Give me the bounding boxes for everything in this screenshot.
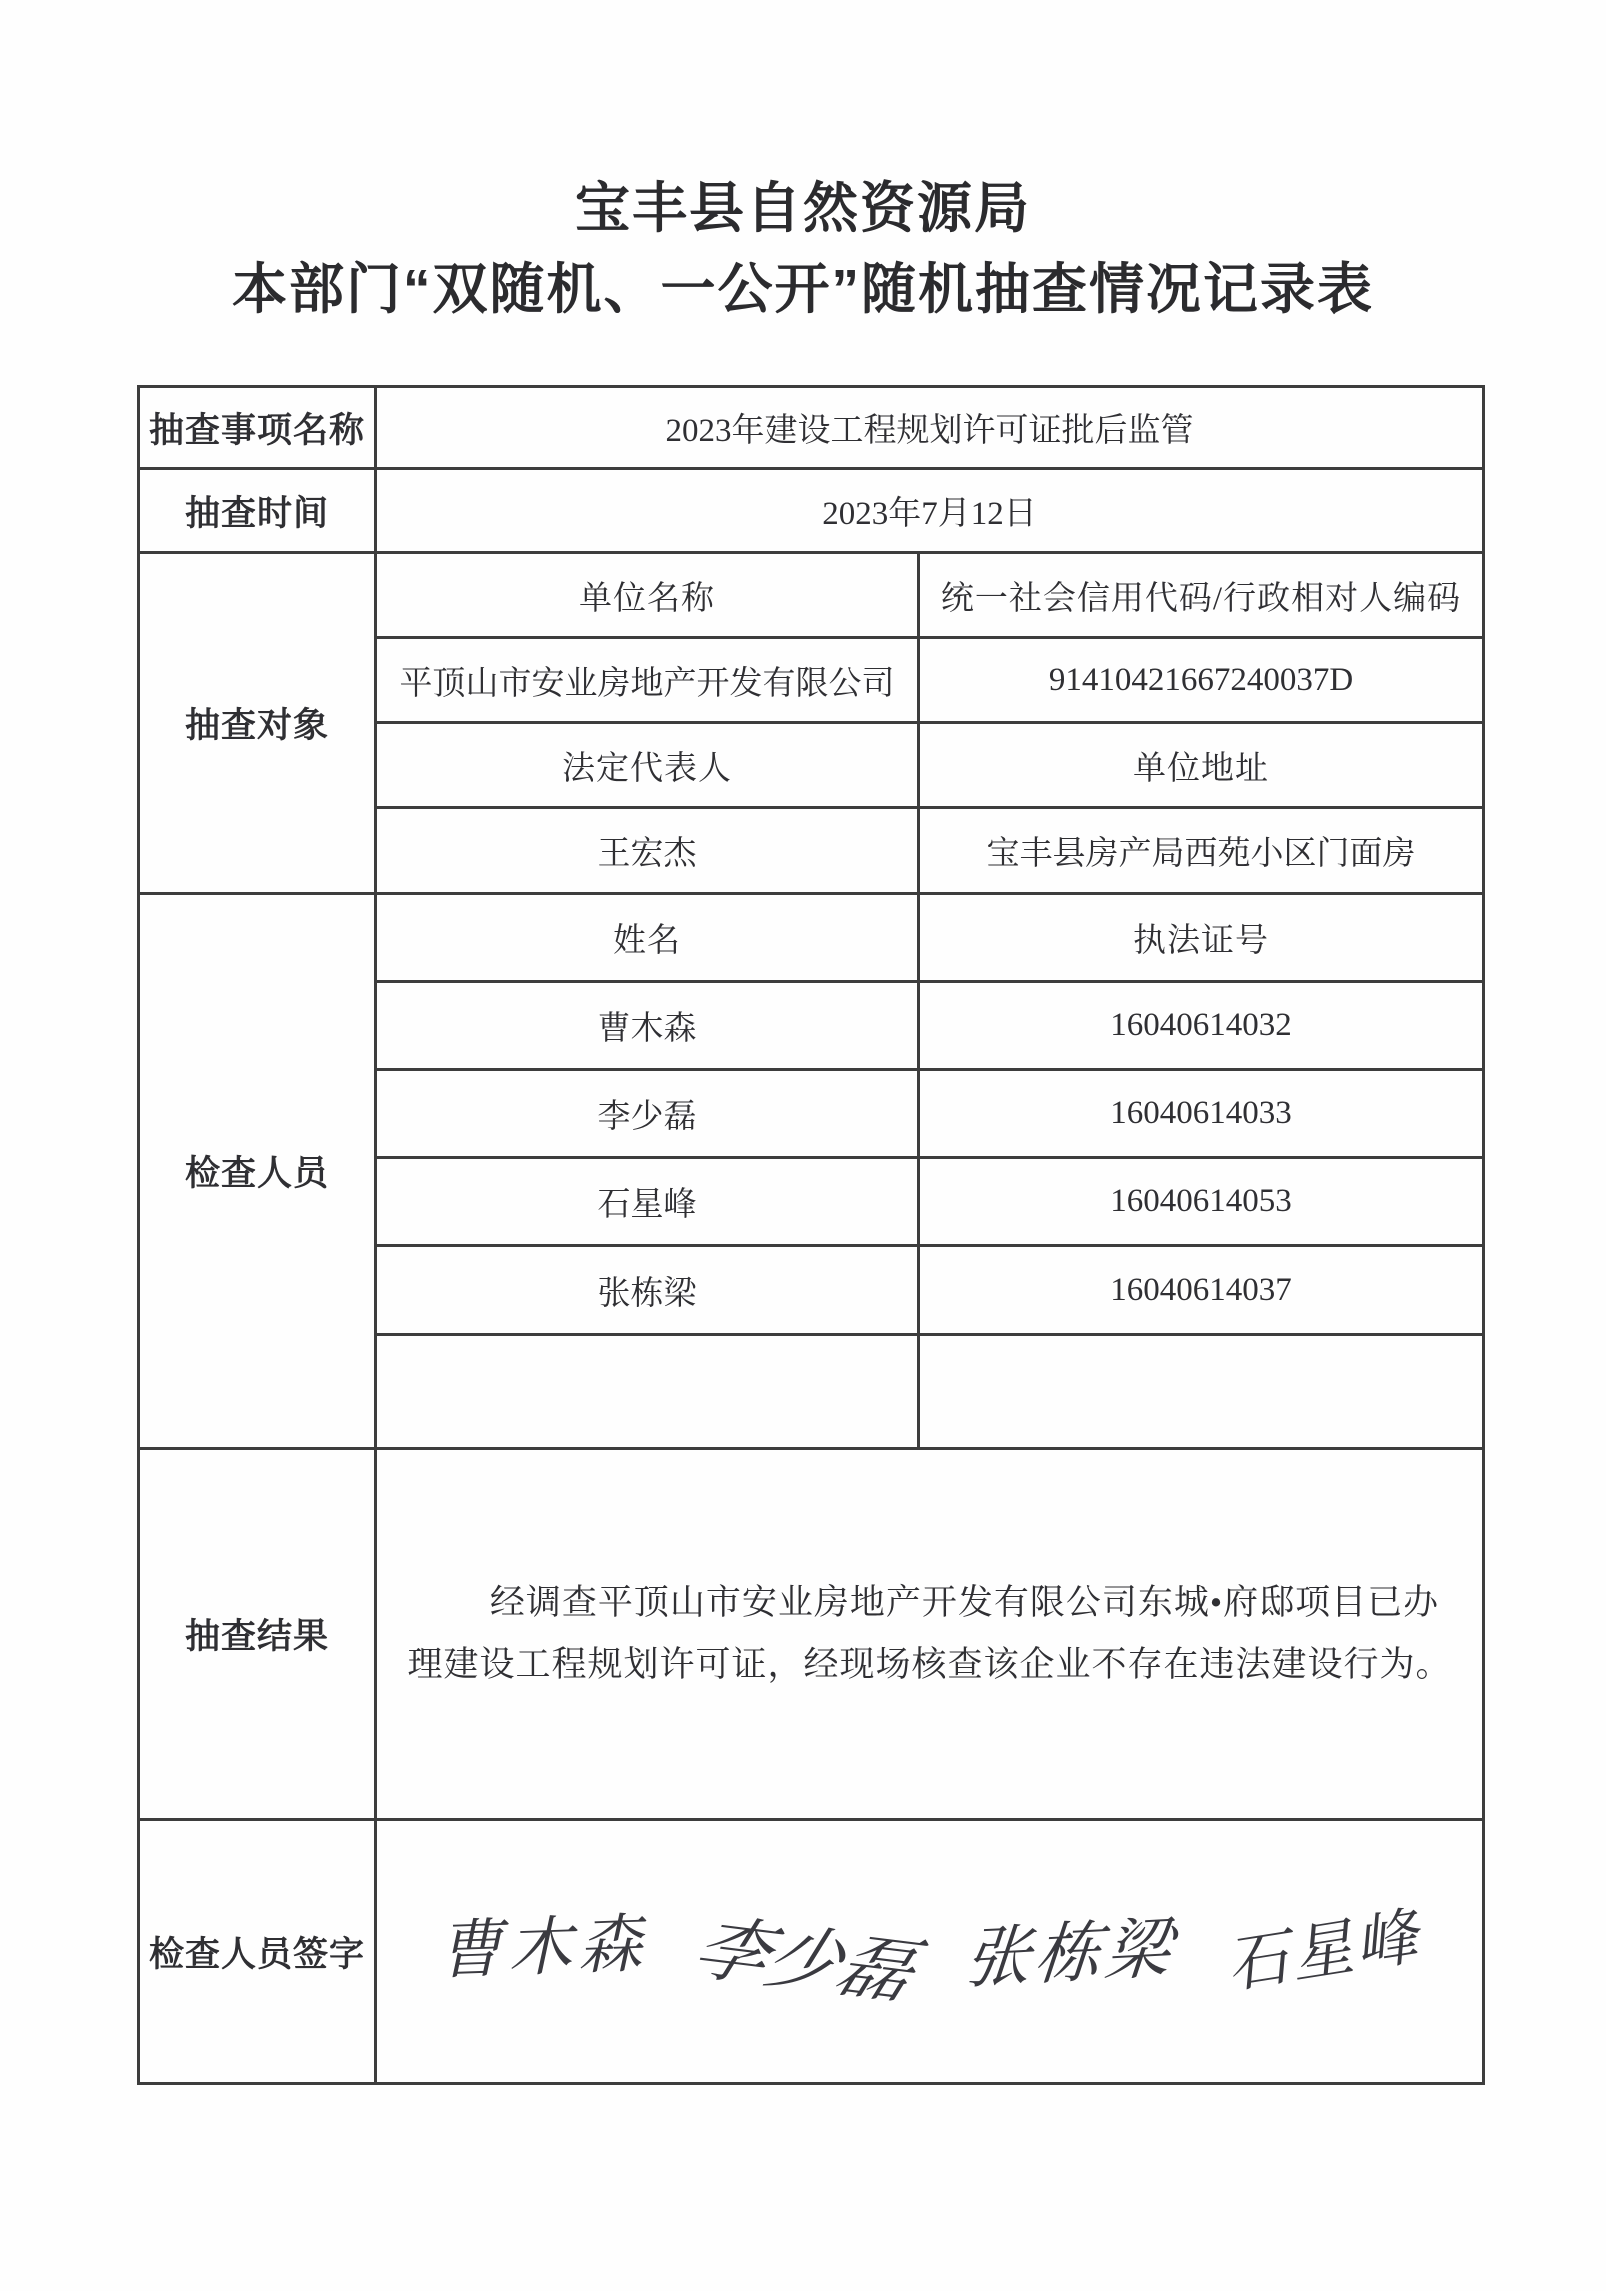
address-header: 单位地址 [919,723,1484,808]
target-section-label: 抽查对象 [139,553,376,894]
credit-code-header: 统一社会信用代码/行政相对人编码 [919,553,1484,638]
result-section-label: 抽查结果 [139,1449,376,1820]
result-cell: 经调查平顶山市安业房地产开发有限公司东城•府邸项目已办理建设工程规划许可证，经现… [376,1449,1484,1820]
row-inspector-headers: 检查人员 姓名 执法证号 [139,894,1484,982]
credit-code-value: 91410421667240037D [919,638,1484,723]
handwritten-signature: 曹木森 [436,1892,649,1991]
inspector-name: 石星峰 [376,1158,919,1246]
title-line-1: 宝丰县自然资源局 [0,168,1606,249]
inspection-time-label: 抽查时间 [139,469,376,553]
inspector-cert-header: 执法证号 [919,894,1484,982]
row-target-headers-1: 抽查对象 单位名称 统一社会信用代码/行政相对人编码 [139,553,1484,638]
title-line-2: 本部门“双随机、一公开”随机抽查情况记录表 [0,249,1606,330]
inspector-cert [919,1335,1484,1449]
handwritten-signature: 李少磊 [682,1890,931,2017]
legal-rep-header: 法定代表人 [376,723,919,808]
inspection-time-value: 2023年7月12日 [376,469,1484,553]
handwritten-signature: 石星峰 [1219,1886,1426,2004]
row-signatures: 检查人员签字 曹木森 李少磊 张栋梁 石星峰 [139,1820,1484,2084]
document-page: 宝丰县自然资源局 本部门“双随机、一公开”随机抽查情况记录表 抽查事项名称 20… [0,0,1606,2291]
inspectors-section-label: 检查人员 [139,894,376,1449]
inspector-name: 张栋梁 [376,1246,919,1335]
legal-rep-value: 王宏杰 [376,808,919,894]
handwritten-signature: 张栋梁 [962,1894,1180,2001]
inspector-cert: 16040614053 [919,1158,1484,1246]
row-item-name: 抽查事项名称 2023年建设工程规划许可证批后监管 [139,387,1484,469]
inspection-record-table: 抽查事项名称 2023年建设工程规划许可证批后监管 抽查时间 2023年7月12… [137,385,1485,2085]
inspector-cert: 16040614033 [919,1070,1484,1158]
inspector-name: 李少磊 [376,1070,919,1158]
address-value: 宝丰县房产局西苑小区门面房 [919,808,1484,894]
inspector-name-header: 姓名 [376,894,919,982]
inspector-name: 曹木森 [376,982,919,1070]
inspector-cert: 16040614037 [919,1246,1484,1335]
signature-cell: 曹木森 李少磊 张栋梁 石星峰 [376,1820,1484,2084]
inspector-cert: 16040614032 [919,982,1484,1070]
signature-section-label: 检查人员签字 [139,1820,376,2084]
unit-name-header: 单位名称 [376,553,919,638]
row-inspection-time: 抽查时间 2023年7月12日 [139,469,1484,553]
inspector-name [376,1335,919,1449]
document-title: 宝丰县自然资源局 本部门“双随机、一公开”随机抽查情况记录表 [0,168,1606,330]
item-name-label: 抽查事项名称 [139,387,376,469]
signature-row: 曹木森 李少磊 张栋梁 石星峰 [377,1900,1482,2004]
unit-name-value: 平顶山市安业房地产开发有限公司 [376,638,919,723]
item-name-value: 2023年建设工程规划许可证批后监管 [376,387,1484,469]
result-text: 经调查平顶山市安业房地产开发有限公司东城•府邸项目已办理建设工程规划许可证，经现… [377,1572,1482,1696]
row-result: 抽查结果 经调查平顶山市安业房地产开发有限公司东城•府邸项目已办理建设工程规划许… [139,1449,1484,1820]
